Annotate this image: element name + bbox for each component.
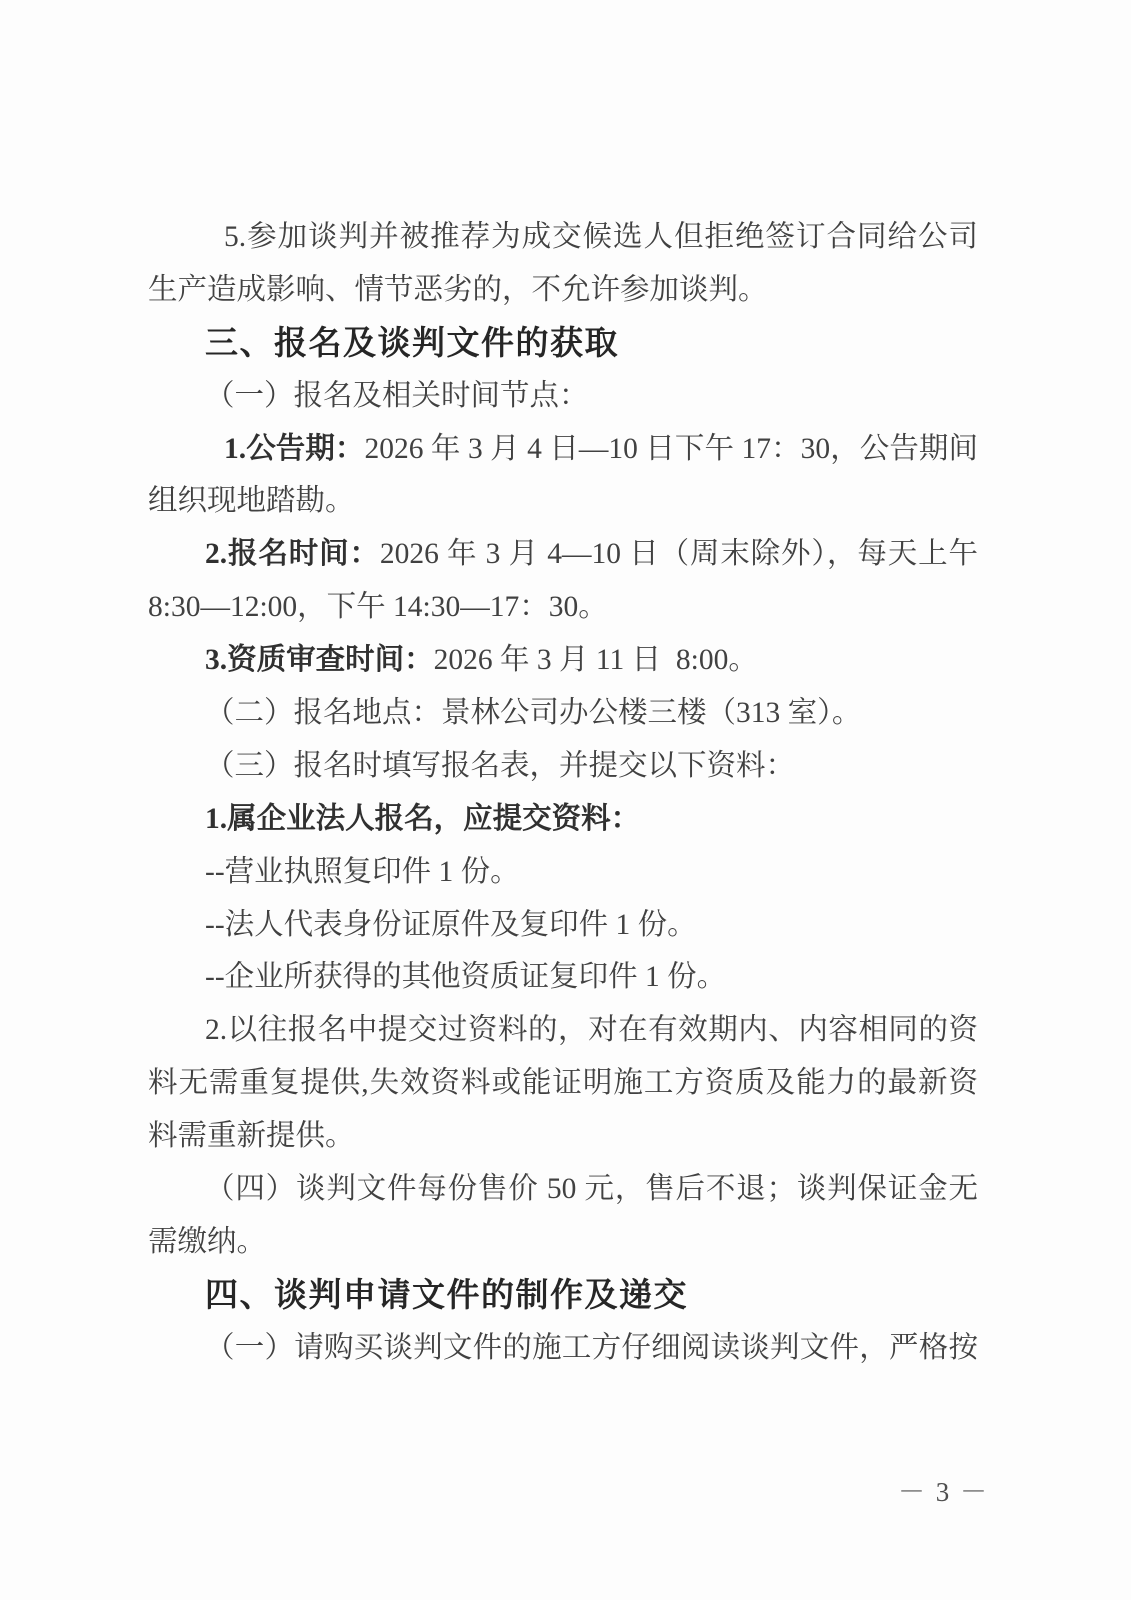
signup-time-line-1: 2.报名时间：2026 年 3 月 4—10 日（周末除外），每天上午: [148, 528, 978, 581]
line-text: 2.以往报名中提交过资料的，对在有效期内、内容相同的资: [205, 1014, 978, 1046]
clause5-line-1: 5.参加谈判并被推荐为成交候选人但拒绝签订合同给公司: [148, 211, 978, 264]
document-price-line-2: 需缴纳。: [148, 1216, 978, 1269]
page-number: － 3 －: [898, 1470, 989, 1514]
bold-label: 1.公告期：: [224, 433, 364, 465]
announcement-period-line-1: 1.公告期：2026 年 3 月 4 日—10 日下午 17：30，公告期间: [148, 423, 978, 476]
line-text: 料无需重复提供,失效资料或能证明施工方资质及能力的最新资: [148, 1067, 978, 1099]
section-3-heading: 三、报名及谈判文件的获取: [148, 317, 978, 370]
line-text: （四）谈判文件每份售价 50 元，售后不退；谈判保证金无: [205, 1173, 978, 1205]
line-text: （三）报名时填写报名表，并提交以下资料：: [205, 750, 795, 782]
line-text: 2026 年 3 月 4—10 日（周末除外），每天上午: [380, 538, 978, 570]
line-text: --营业执照复印件 1 份。: [205, 856, 520, 888]
line-text: --法人代表身份证原件及复印件 1 份。: [205, 909, 697, 941]
line-text: --企业所获得的其他资质证复印件 1 份。: [205, 961, 726, 993]
line-text: 2026 年 3 月 11 日 8:00。: [434, 644, 758, 676]
bold-label: 1.属企业法人报名，应提交资料：: [205, 803, 640, 835]
line-text: （一）请购买谈判文件的施工方仔细阅读谈判文件，严格按: [205, 1332, 978, 1364]
signup-materials-intro: （三）报名时填写报名表，并提交以下资料：: [148, 740, 978, 793]
line-text: （一）报名及相关时间节点：: [205, 380, 589, 412]
bold-label: 2.报名时间：: [205, 538, 380, 570]
enterprise-legal-person-heading: 1.属企业法人报名，应提交资料：: [148, 793, 978, 846]
business-license-item: --营业执照复印件 1 份。: [148, 846, 978, 899]
document-price-line-1: （四）谈判文件每份售价 50 元，售后不退；谈判保证金无: [148, 1163, 978, 1216]
line-text: （二）报名地点：景林公司办公楼三楼（313 室）。: [205, 697, 861, 729]
bold-label: 3.资质审查时间：: [205, 644, 434, 676]
announcement-period-line-2: 组织现地踏勘。: [148, 475, 978, 528]
signup-timeline-intro: （一）报名及相关时间节点：: [148, 370, 978, 423]
document-body: 5.参加谈判并被推荐为成交候选人但拒绝签订合同给公司 生产造成影响、情节恶劣的，…: [148, 211, 978, 1375]
line-text: 生产造成影响、情节恶劣的，不允许参加谈判。: [148, 274, 768, 306]
previous-materials-line-3: 料需重新提供。: [148, 1110, 978, 1163]
document-page: 5.参加谈判并被推荐为成交候选人但拒绝签订合同给公司 生产造成影响、情节恶劣的，…: [0, 0, 1131, 1600]
line-text: 组织现地踏勘。: [148, 485, 355, 517]
other-qualification-item: --企业所获得的其他资质证复印件 1 份。: [148, 951, 978, 1004]
heading-text: 四、谈判申请文件的制作及递交: [205, 1276, 688, 1313]
read-documents-line: （一）请购买谈判文件的施工方仔细阅读谈判文件，严格按: [148, 1322, 978, 1375]
signup-location: （二）报名地点：景林公司办公楼三楼（313 室）。: [148, 687, 978, 740]
qualification-review-time: 3.资质审查时间：2026 年 3 月 11 日 8:00。: [148, 634, 978, 687]
section-4-heading: 四、谈判申请文件的制作及递交: [148, 1269, 978, 1322]
previous-materials-line-1: 2.以往报名中提交过资料的，对在有效期内、内容相同的资: [148, 1004, 978, 1057]
previous-materials-line-2: 料无需重复提供,失效资料或能证明施工方资质及能力的最新资: [148, 1057, 978, 1110]
line-text: 需缴纳。: [148, 1226, 266, 1258]
line-text: 8:30—12:00，下午 14:30—17：30。: [148, 591, 608, 623]
clause5-line-2: 生产造成影响、情节恶劣的，不允许参加谈判。: [148, 264, 978, 317]
legal-rep-id-item: --法人代表身份证原件及复印件 1 份。: [148, 899, 978, 952]
heading-text: 三、报名及谈判文件的获取: [205, 324, 619, 361]
line-text: 料需重新提供。: [148, 1120, 355, 1152]
signup-time-line-2: 8:30—12:00，下午 14:30—17：30。: [148, 581, 978, 634]
line-text: 2026 年 3 月 4 日—10 日下午 17：30，公告期间: [364, 433, 978, 465]
line-text: 5.参加谈判并被推荐为成交候选人但拒绝签订合同给公司: [224, 221, 978, 253]
